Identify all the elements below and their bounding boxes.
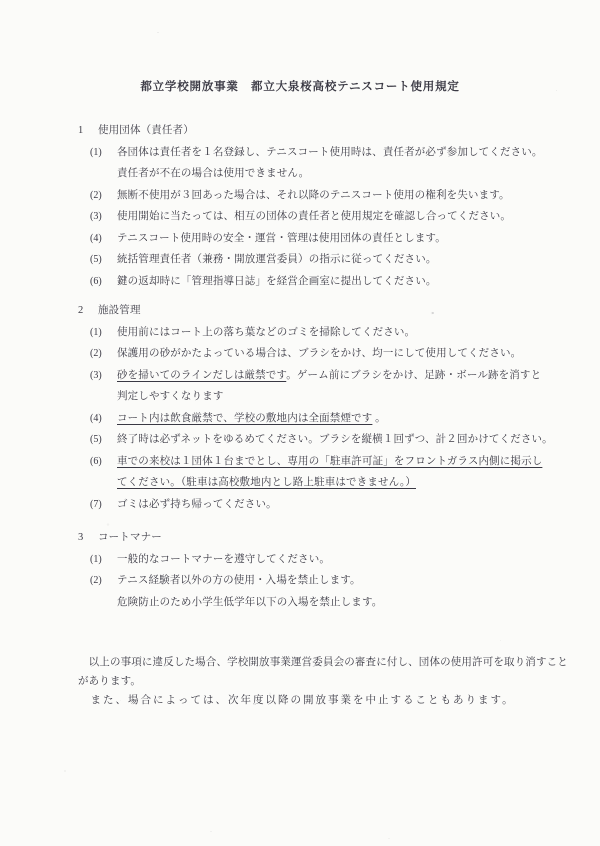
regulation-item: (2)テニス経験者以外の方の使用・入場を禁止します。 危険防止のため小学生低学年… (78, 570, 582, 613)
section-title: コートマナー (98, 527, 162, 549)
section-3: 3コートマナー(1)一般的なコートマナーを遵守してください。(2)テニス経験者以… (78, 527, 582, 613)
item-number: (5) (90, 249, 117, 271)
item-text: 終了時は必ずネットをゆるめてください。ブラシを縦横１回ずつ、計２回かけてください… (117, 429, 582, 451)
item-number: (4) (90, 408, 117, 430)
item-text: 鍵の返却時に「管理指導日誌」を経営企画室に提出してください。 (117, 271, 582, 293)
item-text-segment: 各団体は責任者を１名登録し、テニスコート使用時は、責任者が必ず参加してください。… (117, 147, 543, 180)
section-heading: 2施設管理 (78, 300, 582, 322)
item-number: (3) (90, 365, 117, 387)
item-number: (6) (90, 451, 117, 473)
regulation-item: (3)砂を掃いてのラインだしは厳禁です。ゲーム前にブラシをかけ、足跡・ボール跡を… (78, 365, 582, 408)
item-text-segment: 保護用の砂がかたよっている場合は、ブラシをかけ、均一にして使用してください。 (117, 348, 521, 359)
item-text-segment: ゴミは必ず持ち帰ってください。 (117, 499, 277, 510)
regulation-item: (4)テニスコート使用時の安全・運営・管理は使用団体の責任とします。 (78, 228, 582, 250)
item-text-segment: テニスコート使用時の安全・運営・管理は使用団体の責任とします。 (117, 233, 446, 244)
item-text-segment: 砂を掃いてのラインだしは厳禁です (117, 370, 286, 381)
regulation-item: (1)各団体は責任者を１名登録し、テニスコート使用時は、責任者が必ず参加してくだ… (78, 142, 582, 185)
item-number: (2) (90, 185, 117, 207)
item-text: 使用前にはコート上の落ち葉などのゴミを掃除してください。 (117, 322, 582, 344)
section-1: 1使用団体（責任者）(1)各団体は責任者を１名登録し、テニスコート使用時は、責任… (78, 120, 582, 292)
item-number: (7) (90, 494, 117, 516)
item-text-segment: 統括管理責任者（兼務・開放運営委員）の指示に従ってください。 (117, 254, 437, 265)
item-text: 一般的なコートマナーを遵守してください。 (117, 549, 582, 571)
item-text-segment: 。 (372, 413, 385, 424)
scan-speckle (388, 838, 390, 839)
scan-speckle (64, 770, 66, 772)
closing-paragraph: 以上の事項に違反した場合、学校開放事業運営委員会の審査に付し、団体の使用許可を取… (78, 653, 582, 691)
regulation-item: (2)保護用の砂がかたよっている場合は、ブラシをかけ、均一にして使用してください… (78, 343, 582, 365)
item-text: 砂を掃いてのラインだしは厳禁です。ゲーム前にブラシをかけ、足跡・ボール跡を消すと… (117, 365, 582, 408)
closing-paragraph: また、場合によっては、次年度以降の開放事業を中止することもあります。 (78, 691, 582, 711)
section-2: 2施設管理(1)使用前にはコート上の落ち葉などのゴミを掃除してください。(2)保… (78, 300, 582, 515)
item-text-segment: 使用前にはコート上の落ち葉などのゴミを掃除してください。 (117, 327, 415, 338)
section-number: 3 (78, 527, 98, 549)
section-heading: 1使用団体（責任者） (78, 120, 582, 142)
item-number: (5) (90, 429, 117, 451)
regulation-item: (7)ゴミは必ず持ち帰ってください。 (78, 494, 582, 516)
section-heading: 3コートマナー (78, 527, 582, 549)
closing-paragraphs: 以上の事項に違反した場合、学校開放事業運営委員会の審査に付し、団体の使用許可を取… (78, 653, 582, 711)
item-number: (1) (90, 549, 117, 571)
item-text-segment: 車での来校は１団体１台までとし、専用の「駐車許可証」をフロントガラス内側に掲示し… (117, 456, 542, 489)
item-number: (1) (90, 322, 117, 344)
item-text-segment: コート内は飲食厳禁で、学校の敷地内は全面禁煙です (117, 413, 372, 424)
item-text-segment: 一般的なコートマナーを遵守してください。 (117, 554, 330, 565)
section-number: 1 (78, 120, 98, 142)
regulation-item: (1)使用前にはコート上の落ち葉などのゴミを掃除してください。 (78, 322, 582, 344)
regulation-item: (1)一般的なコートマナーを遵守してください。 (78, 549, 582, 571)
item-number: (1) (90, 142, 117, 164)
item-text-segment: 鍵の返却時に「管理指導日誌」を経営企画室に提出してください。 (117, 276, 437, 287)
regulation-item: (4)コート内は飲食厳禁で、学校の敷地内は全面禁煙です 。 (78, 408, 582, 430)
item-text: 統括管理責任者（兼務・開放運営委員）の指示に従ってください。 (117, 249, 582, 271)
item-number: (2) (90, 570, 117, 592)
item-text-segment: 終了時は必ずネットをゆるめてください。ブラシを縦横１回ずつ、計２回かけてください… (117, 434, 553, 445)
item-number: (6) (90, 271, 117, 293)
section-number: 2 (78, 300, 98, 322)
item-text: 保護用の砂がかたよっている場合は、ブラシをかけ、均一にして使用してください。 (117, 343, 582, 365)
item-text: 無断不使用が３回あった場合は、それ以降のテニスコート使用の権利を失います。 (117, 185, 582, 207)
item-text: テニスコート使用時の安全・運営・管理は使用団体の責任とします。 (117, 228, 582, 250)
section-title: 使用団体（責任者） (98, 120, 194, 142)
regulation-item: (2)無断不使用が３回あった場合は、それ以降のテニスコート使用の権利を失います。 (78, 185, 582, 207)
item-text: ゴミは必ず持ち帰ってください。 (117, 494, 582, 516)
item-text: 使用開始に当たっては、相互の団体の責任者と使用規定を確認し合ってください。 (117, 206, 582, 228)
section-title: 施設管理 (98, 300, 141, 322)
item-text: 各団体は責任者を１名登録し、テニスコート使用時は、責任者が必ず参加してください。… (117, 142, 582, 185)
item-text-segment: 無断不使用が３回あった場合は、それ以降のテニスコート使用の権利を失います。 (117, 190, 510, 201)
item-number: (3) (90, 206, 117, 228)
sections-container: 1使用団体（責任者）(1)各団体は責任者を１名登録し、テニスコート使用時は、責任… (78, 120, 582, 613)
item-number: (2) (90, 343, 117, 365)
document-title: 都立学校開放事業 都立大泉桜高校テニスコート使用規定 (0, 0, 600, 98)
item-text: コート内は飲食厳禁で、学校の敷地内は全面禁煙です 。 (117, 408, 582, 430)
item-text: テニス経験者以外の方の使用・入場を禁止します。 危険防止のため小学生低学年以下の… (117, 570, 582, 613)
regulation-item: (5)統括管理責任者（兼務・開放運営委員）の指示に従ってください。 (78, 249, 582, 271)
item-text-segment: テニス経験者以外の方の使用・入場を禁止します。 危険防止のため小学生低学年以下の… (117, 575, 382, 608)
document-body: 1使用団体（責任者）(1)各団体は責任者を１名登録し、テニスコート使用時は、責任… (78, 120, 582, 711)
regulation-item: (6)鍵の返却時に「管理指導日誌」を経営企画室に提出してください。 (78, 271, 582, 293)
item-text-segment: 使用開始に当たっては、相互の団体の責任者と使用規定を確認し合ってください。 (117, 211, 511, 222)
scan-speckle (210, 831, 212, 832)
regulation-item: (5)終了時は必ずネットをゆるめてください。ブラシを縦横１回ずつ、計２回かけてく… (78, 429, 582, 451)
item-text: 車での来校は１団体１台までとし、専用の「駐車許可証」をフロントガラス内側に掲示し… (117, 451, 582, 494)
item-number: (4) (90, 228, 117, 250)
regulation-item: (3)使用開始に当たっては、相互の団体の責任者と使用規定を確認し合ってください。 (78, 206, 582, 228)
regulation-item: (6)車での来校は１団体１台までとし、専用の「駐車許可証」をフロントガラス内側に… (78, 451, 582, 494)
scanned-document-page: 都立学校開放事業 都立大泉桜高校テニスコート使用規定 1使用団体（責任者）(1)… (0, 0, 600, 846)
